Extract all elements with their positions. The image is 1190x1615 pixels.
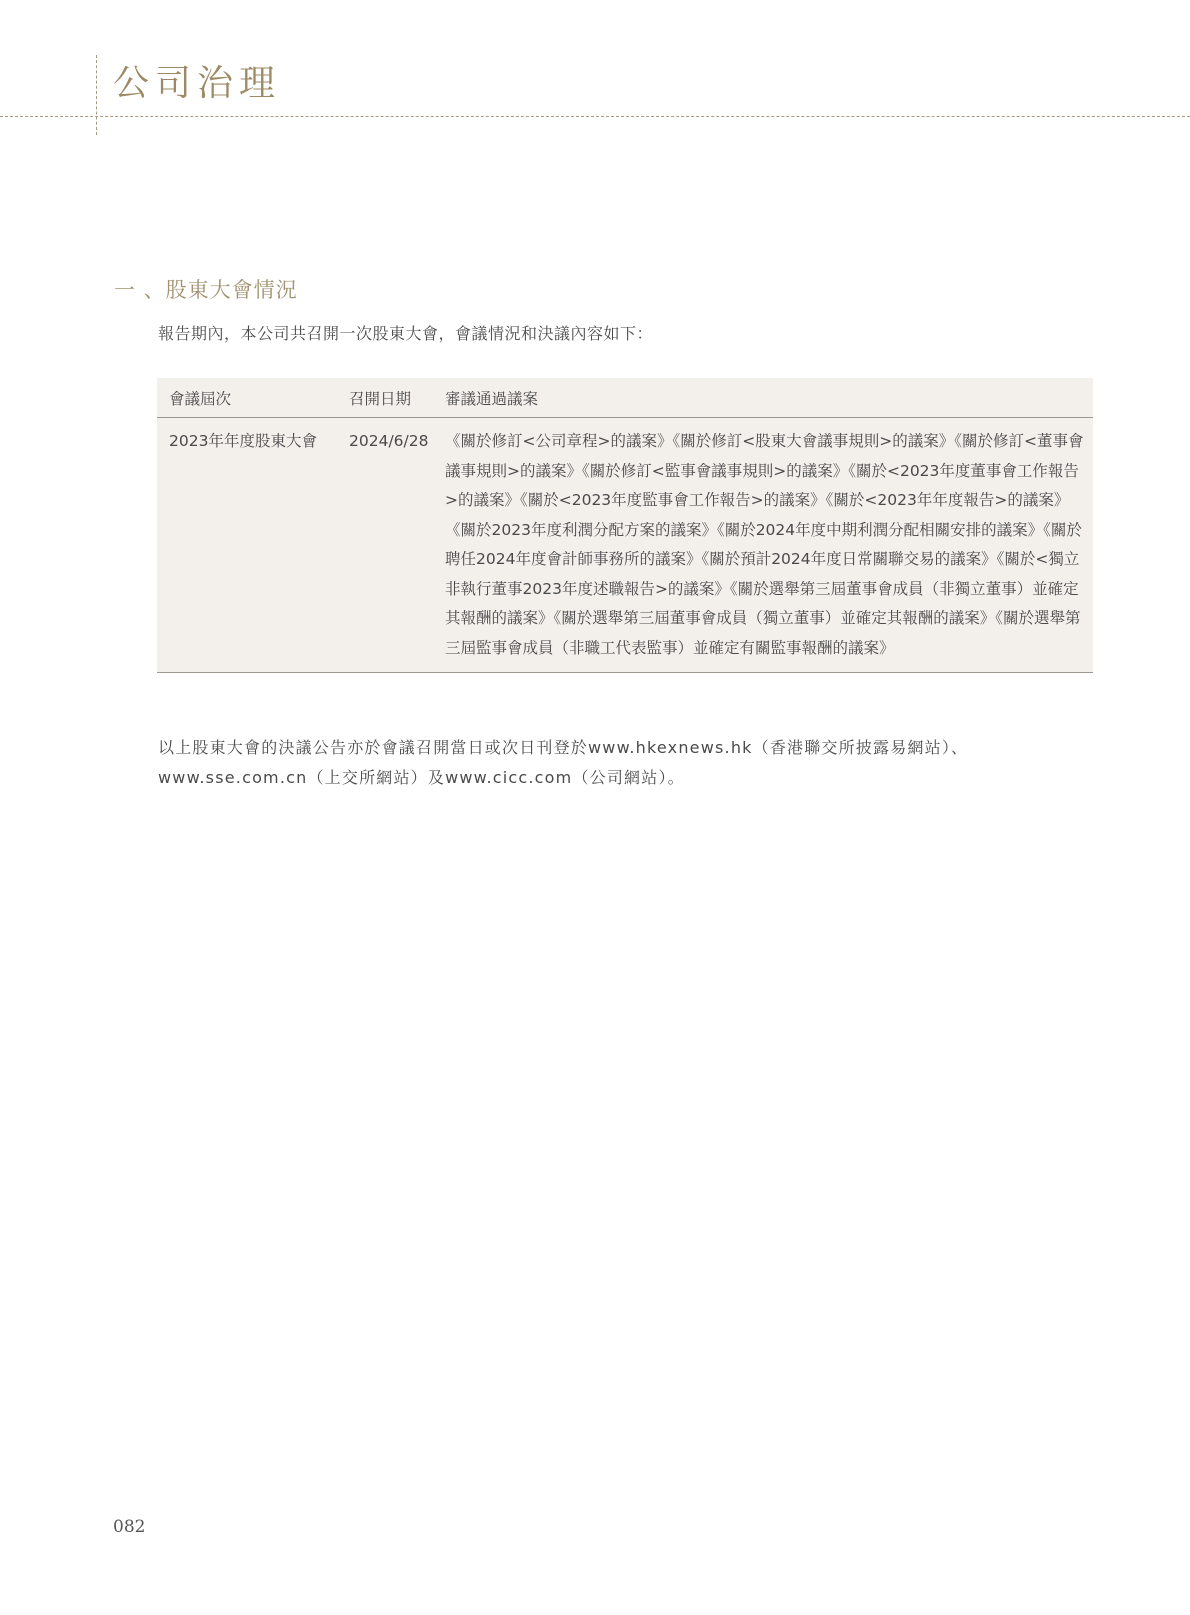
- page-number: 082: [113, 1517, 145, 1537]
- announcement-note: 以上股東大會的決議公告亦於會議召開當日或次日刊登於www.hkexnews.hk…: [158, 733, 1098, 793]
- header-vertical-dashed-rule: [96, 55, 97, 135]
- table-header-row: 會議屆次 召開日期 審議通過議案: [157, 378, 1093, 418]
- column-header-resolutions: 審議通過議案: [439, 378, 1093, 418]
- column-header-date: 召開日期: [339, 378, 439, 418]
- cell-resolutions: 《關於修訂<公司章程>的議案》《關於修訂<股東大會議事規則>的議案》《關於修訂<…: [439, 418, 1093, 673]
- column-header-meeting: 會議屆次: [157, 378, 339, 418]
- cell-date: 2024/6/28: [339, 418, 439, 673]
- page-title: 公司治理: [113, 62, 281, 106]
- section-intro: 報告期內，本公司共召開一次股東大會，會議情況和決議內容如下：: [158, 321, 653, 347]
- header-horizontal-dashed-rule: [0, 116, 1190, 117]
- shareholders-meeting-table: 會議屆次 召開日期 審議通過議案 2023年年度股東大會 2024/6/28 《…: [157, 378, 1093, 673]
- table-row: 2023年年度股東大會 2024/6/28 《關於修訂<公司章程>的議案》《關於…: [157, 418, 1093, 673]
- section-heading: 一 、股東大會情況: [114, 275, 298, 305]
- cell-meeting: 2023年年度股東大會: [157, 418, 339, 673]
